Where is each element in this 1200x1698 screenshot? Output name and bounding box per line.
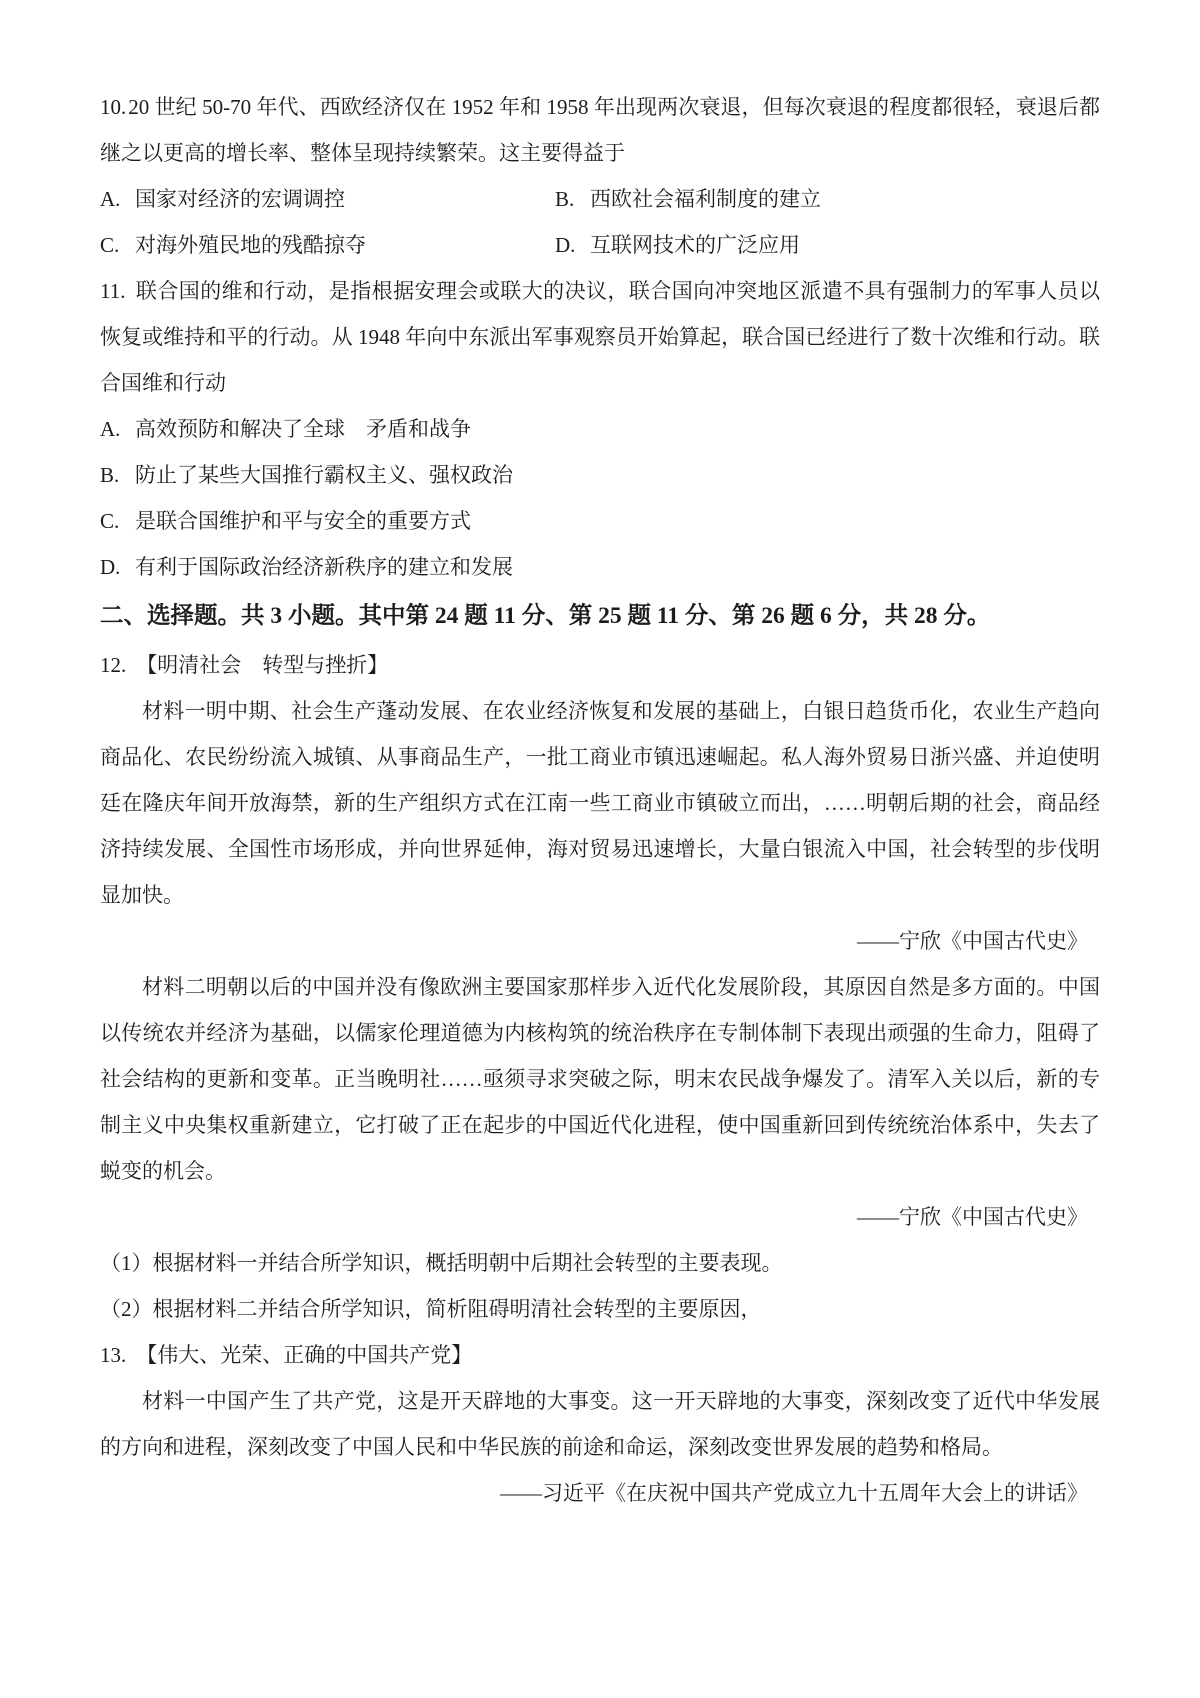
question-12-title-line: 12.【明清社会 转型与挫折】: [100, 642, 1100, 688]
question-12-material-1: 材料一明中期、社会生产蓬动发展、在农业经济恢复和发展的基础上，白银日趋货币化，农…: [100, 688, 1100, 918]
option-text: 防止了某些大国推行霸权主义、强权政治: [135, 463, 513, 487]
option-letter: B.: [100, 452, 122, 498]
question-10-option-b: B.西欧社会福利制度的建立: [555, 176, 1100, 222]
option-text: 国家对经济的宏调调控: [135, 187, 345, 211]
question-11-option-c: C.是联合国维护和平与安全的重要方式: [100, 498, 1100, 544]
question-11-text: 联合国的维和行动，是指根据安理会或联大的决议，联合国向冲突地区派遣不具有强制力的…: [100, 279, 1100, 395]
question-12-subquestion-2: （2）根据材料二并结合所学知识，简析阻碍明清社会转型的主要原因，: [100, 1286, 1100, 1332]
option-text: 对海外殖民地的残酷掠夺: [135, 233, 366, 257]
question-13-material-1: 材料一中国产生了共产党，这是开天辟地的大事变。这一开天辟地的大事变，深刻改变了近…: [100, 1378, 1100, 1470]
question-10-stem: 10.20 世纪 50-70 年代、西欧经济仅在 1952 年和 1958 年出…: [100, 84, 1100, 176]
question-11-option-d: D.有利于国际政治经济新秩序的建立和发展: [100, 544, 1100, 590]
question-10-number: 10.: [100, 95, 126, 119]
question-13-number: 13.: [100, 1343, 126, 1367]
option-letter: D.: [100, 544, 122, 590]
section-2-heading: 二、选择题。共 3 小题。其中第 24 题 11 分、第 25 题 11 分、第…: [100, 590, 1100, 642]
question-10-option-c: C.对海外殖民地的残酷掠夺: [100, 222, 555, 268]
question-12-title: 【明清社会 转型与挫折】: [136, 653, 388, 677]
question-10: 10.20 世纪 50-70 年代、西欧经济仅在 1952 年和 1958 年出…: [100, 84, 1100, 268]
question-12-source-2: ——宁欣《中国古代史》: [100, 1194, 1100, 1240]
option-letter: D.: [555, 222, 577, 268]
question-10-options: A.国家对经济的宏调调控 B.西欧社会福利制度的建立 C.对海外殖民地的残酷掠夺…: [100, 176, 1100, 268]
question-11-option-b: B.防止了某些大国推行霸权主义、强权政治: [100, 452, 1100, 498]
question-11-options: A.高效预防和解决了全球 矛盾和战争 B.防止了某些大国推行霸权主义、强权政治 …: [100, 406, 1100, 590]
question-12-source-1: ——宁欣《中国古代史》: [100, 918, 1100, 964]
question-11-option-a: A.高效预防和解决了全球 矛盾和战争: [100, 406, 1100, 452]
question-10-option-a: A.国家对经济的宏调调控: [100, 176, 555, 222]
option-letter: A.: [100, 176, 122, 222]
option-letter: B.: [555, 176, 577, 222]
question-13-source-1: ——习近平《在庆祝中国共产党成立九十五周年大会上的讲话》: [100, 1470, 1100, 1516]
question-12-material-2: 材料二明朝以后的中国并没有像欧洲主要国家那样步入近代化发展阶段，其原因自然是多方…: [100, 964, 1100, 1194]
question-10-text: 20 世纪 50-70 年代、西欧经济仅在 1952 年和 1958 年出现两次…: [100, 95, 1100, 165]
question-12: 12.【明清社会 转型与挫折】 材料一明中期、社会生产蓬动发展、在农业经济恢复和…: [100, 642, 1100, 1332]
question-11-stem: 11.联合国的维和行动，是指根据安理会或联大的决议，联合国向冲突地区派遣不具有强…: [100, 268, 1100, 406]
question-11: 11.联合国的维和行动，是指根据安理会或联大的决议，联合国向冲突地区派遣不具有强…: [100, 268, 1100, 590]
question-13-title: 【伟大、光荣、正确的中国共产党】: [136, 1343, 472, 1367]
option-letter: A.: [100, 406, 122, 452]
question-11-number: 11.: [100, 279, 125, 303]
question-10-option-d: D.互联网技术的广泛应用: [555, 222, 1100, 268]
question-12-subquestion-1: （1）根据材料一并结合所学知识，概括明朝中后期社会转型的主要表现。: [100, 1240, 1100, 1286]
option-text: 西欧社会福利制度的建立: [590, 187, 821, 211]
exam-page: 10.20 世纪 50-70 年代、西欧经济仅在 1952 年和 1958 年出…: [0, 0, 1200, 1698]
option-letter: C.: [100, 222, 122, 268]
option-letter: C.: [100, 498, 122, 544]
question-13: 13.【伟大、光荣、正确的中国共产党】 材料一中国产生了共产党，这是开天辟地的大…: [100, 1332, 1100, 1516]
question-12-number: 12.: [100, 653, 126, 677]
option-text: 是联合国维护和平与安全的重要方式: [135, 509, 471, 533]
option-text: 高效预防和解决了全球 矛盾和战争: [135, 417, 471, 441]
page-content: 10.20 世纪 50-70 年代、西欧经济仅在 1952 年和 1958 年出…: [0, 0, 1200, 1516]
option-text: 有利于国际政治经济新秩序的建立和发展: [135, 555, 513, 579]
question-13-title-line: 13.【伟大、光荣、正确的中国共产党】: [100, 1332, 1100, 1378]
option-text: 互联网技术的广泛应用: [590, 233, 800, 257]
